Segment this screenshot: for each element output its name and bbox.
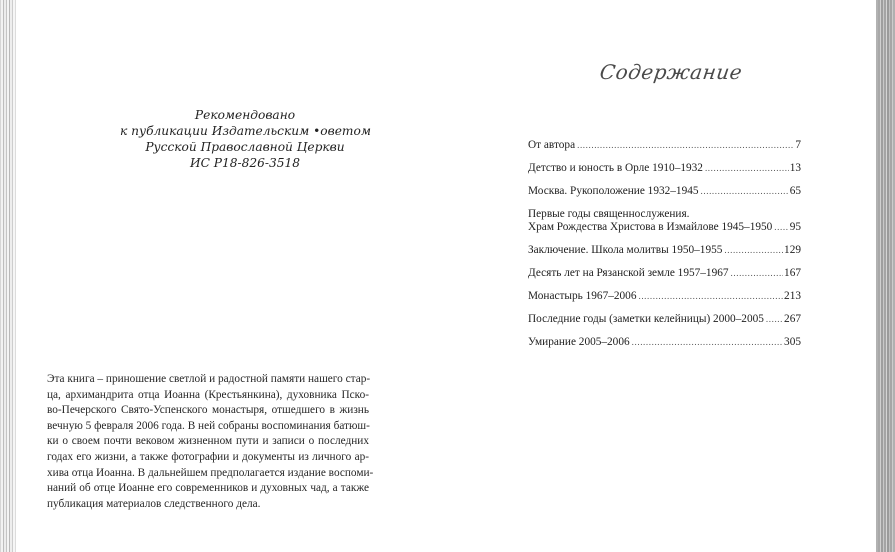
toc-entry[interactable]: Последние годы (заметки келейницы) 2000–… <box>528 313 801 326</box>
toc-entry-line: Монастырь 1967–2006 213 <box>528 290 801 303</box>
toc-entry-page: 305 <box>783 336 801 349</box>
approval-line: Рекомендовано <box>120 107 370 123</box>
toc-entry-page: 213 <box>783 290 801 303</box>
toc-leader-dots <box>774 221 788 234</box>
annotation-line: публикация материалов следственного дела… <box>47 497 369 513</box>
toc-entry-title: Последние годы (заметки келейницы) 2000–… <box>528 313 766 326</box>
toc-entry[interactable]: Десять лет на Рязанской земле 1957–1967 … <box>528 267 801 280</box>
approval-line: Русской Православной Церкви <box>120 139 370 155</box>
book-spread: Рекомендовано к публикации Издательским … <box>0 0 895 552</box>
toc-entry-page: 65 <box>789 185 801 198</box>
page-stack-right-edge <box>876 0 895 552</box>
toc-entry[interactable]: От автора 7 <box>528 139 801 152</box>
approval-line: к публикации Издательским •оветом <box>120 123 370 139</box>
toc-entry-line: Умирание 2005–2006 305 <box>528 336 801 349</box>
toc-entry[interactable]: Монастырь 1967–2006 213 <box>528 290 801 303</box>
toc-entry-title: Заключение. Школа молитвы 1950–1955 <box>528 244 724 257</box>
approval-code: ИС Р18-826-3518 <box>120 155 370 171</box>
toc-leader-dots <box>766 313 783 326</box>
toc-entry-title: Храм Рождества Христова в Измайлове 1945… <box>528 221 774 234</box>
publication-approval: Рекомендовано к публикации Издательским … <box>120 107 370 171</box>
toc-entry-page: 267 <box>783 313 801 326</box>
toc-entry-prefix: Первые годы священнослужения. <box>528 208 801 221</box>
toc-entry-page: 13 <box>789 162 801 175</box>
toc-entry-line: Десять лет на Рязанской земле 1957–1967 … <box>528 267 801 280</box>
toc-entry-title: Москва. Рукоположение 1932–1945 <box>528 185 701 198</box>
toc-entry[interactable]: Первые годы священнослужения. Храм Рожде… <box>528 208 801 234</box>
toc-entry-title: Монастырь 1967–2006 <box>528 290 638 303</box>
toc-entry-title: Десять лет на Рязанской земле 1957–1967 <box>528 267 731 280</box>
annotation-line: вечную 5 февраля 2006 года. В ней собран… <box>47 419 369 435</box>
toc-entry[interactable]: Заключение. Школа молитвы 1950–1955 129 <box>528 244 801 257</box>
toc-entry[interactable]: Москва. Рукоположение 1932–1945 65 <box>528 185 801 198</box>
toc-leader-dots <box>577 139 794 152</box>
toc-entry-page: 95 <box>789 221 801 234</box>
page-stack-left-edge <box>0 0 17 552</box>
toc-leader-dots <box>701 185 789 198</box>
toc-leader-dots <box>731 267 784 280</box>
book-annotation: Эта книга – приношение светлой и радостн… <box>47 372 369 512</box>
toc-entry-title: Детство и юность в Орле 1910–1932 <box>528 162 705 175</box>
annotation-line: Эта книга – приношение светлой и радостн… <box>47 372 369 388</box>
annotation-line: хива отца Иоанна. В дальнейшем предполаг… <box>47 466 369 482</box>
toc-title: Содержание <box>598 60 741 84</box>
toc-leader-dots <box>638 290 783 303</box>
toc-leader-dots <box>724 244 783 257</box>
annotation-line: ца, архимандрита отца Иоанна (Крестьянки… <box>47 388 369 404</box>
annotation-line: ки о своем почти вековом жизненном пути … <box>47 434 369 450</box>
toc-entry[interactable]: Умирание 2005–2006 305 <box>528 336 801 349</box>
table-of-contents: От автора 7 Детство и юность в Орле 1910… <box>528 139 801 359</box>
toc-entry-line: Детство и юность в Орле 1910–1932 13 <box>528 162 801 175</box>
toc-leader-dots <box>705 162 789 175</box>
toc-entry[interactable]: Детство и юность в Орле 1910–1932 13 <box>528 162 801 175</box>
toc-entry-line: Храм Рождества Христова в Измайлове 1945… <box>528 221 801 234</box>
toc-entry-page: 167 <box>783 267 801 280</box>
toc-entry-title: От автора <box>528 139 577 152</box>
toc-leader-dots <box>632 336 783 349</box>
toc-entry-title: Умирание 2005–2006 <box>528 336 632 349</box>
toc-entry-page: 129 <box>783 244 801 257</box>
toc-entry-line: Москва. Рукоположение 1932–1945 65 <box>528 185 801 198</box>
toc-entry-line: Заключение. Школа молитвы 1950–1955 129 <box>528 244 801 257</box>
toc-entry-line: От автора 7 <box>528 139 801 152</box>
annotation-line: годах его жизни, а также фотографии и до… <box>47 450 369 466</box>
annotation-line: во-Печерского Свято-Успенского монастыря… <box>47 403 369 419</box>
toc-entry-line: Последние годы (заметки келейницы) 2000–… <box>528 313 801 326</box>
annotation-line: наний об отце Иоанне его современников и… <box>47 481 369 497</box>
toc-entry-page: 7 <box>794 139 801 152</box>
